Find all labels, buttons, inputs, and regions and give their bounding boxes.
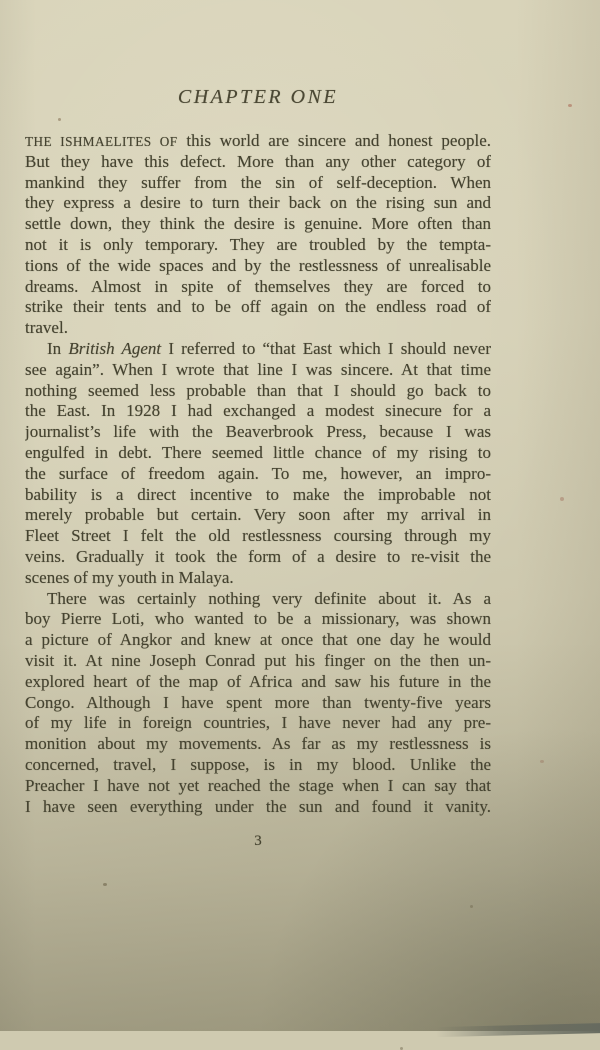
- page-number: 3: [25, 833, 491, 850]
- text-line: concerned, travel, I suppose, is in my b…: [25, 755, 491, 776]
- text-segment-normal: travel.: [25, 318, 68, 337]
- text-segment-normal: boy Pierre Loti, who wanted to be a miss…: [25, 609, 491, 628]
- text-line: not it is only temporary. They are troub…: [25, 235, 491, 256]
- text-line: a picture of Angkor and knew at once tha…: [25, 630, 491, 651]
- text-segment-normal: the surface of freedom again. To me, how…: [25, 464, 491, 483]
- text-line: Fleet Street I felt the old restlessness…: [25, 526, 491, 547]
- text-segment-normal: not it is only temporary. They are troub…: [25, 235, 491, 254]
- text-line: settle down, they think the desire is ge…: [25, 214, 491, 235]
- text-segment-normal: In: [47, 339, 68, 358]
- text-line: I have seen everything under the sun and…: [25, 797, 491, 818]
- text-line: Congo. Although I have spent more than t…: [25, 693, 491, 714]
- text-segment-normal: bability is a direct incentive to make t…: [25, 485, 491, 504]
- text-segment-normal: strike their tents and to be off again o…: [25, 297, 491, 316]
- text-segment-normal: tions of the wide spaces and by the rest…: [25, 256, 491, 275]
- text-segment-normal: the East. In 1928 I had exchanged a mode…: [25, 401, 491, 420]
- text-segment-normal: scenes of my youth in Malaya.: [25, 568, 234, 587]
- text-segment-normal: this world are sincere and honest people…: [178, 131, 491, 150]
- text-line: travel.: [25, 318, 491, 339]
- paper-speck: [568, 104, 572, 107]
- text-line: In British Agent I referred to “that Eas…: [25, 339, 491, 360]
- text-segment-normal: monition about my movements. As far as m…: [25, 734, 491, 753]
- text-line: Preacher I have not yet reached the stag…: [25, 776, 491, 797]
- paper-speck: [103, 883, 107, 886]
- paper-speck: [540, 760, 544, 763]
- text-segment-normal: of my life in foreign countries, I have …: [25, 713, 491, 732]
- text-line: they express a desire to turn their back…: [25, 193, 491, 214]
- text-line: of my life in foreign countries, I have …: [25, 713, 491, 734]
- text-line: There was certainly nothing very definit…: [25, 589, 491, 610]
- text-segment-normal: visit it. At nine Joseph Conrad put his …: [25, 651, 491, 670]
- text-block: THE ISHMAELITES OF this world are sincer…: [25, 131, 491, 817]
- text-segment-normal: dreams. Almost in spite of themselves th…: [25, 277, 491, 296]
- paper-speck: [560, 497, 564, 501]
- text-line: veins. Gradually it took the form of a d…: [25, 547, 491, 568]
- text-line: journalist’s life with the Beaverbrook P…: [25, 422, 491, 443]
- body-paragraph: In British Agent I referred to “that Eas…: [25, 339, 491, 589]
- chapter-heading: CHAPTER ONE: [25, 86, 491, 109]
- text-line: visit it. At nine Joseph Conrad put his …: [25, 651, 491, 672]
- text-segment-normal: veins. Gradually it took the form of a d…: [25, 547, 491, 566]
- text-line: strike their tents and to be off again o…: [25, 297, 491, 318]
- text-line: merely probable but certain. Very soon a…: [25, 505, 491, 526]
- text-segment-normal: they express a desire to turn their back…: [25, 193, 491, 212]
- paper-speck: [58, 118, 61, 121]
- text-segment-italic: British Agent: [68, 339, 161, 358]
- text-line: nothing seemed less probable than that I…: [25, 381, 491, 402]
- text-line: explored heart of the map of Africa and …: [25, 672, 491, 693]
- book-edge-shadow: [436, 1023, 600, 1031]
- text-segment-normal: settle down, they think the desire is ge…: [25, 214, 491, 233]
- body-paragraph: THE ISHMAELITES OF this world are sincer…: [25, 131, 491, 339]
- text-segment-normal: concerned, travel, I suppose, is in my b…: [25, 755, 491, 774]
- text-segment-normal: Congo. Although I have spent more than t…: [25, 693, 491, 712]
- text-line: engulfed in debt. There seemed little ch…: [25, 443, 491, 464]
- text-line: mankind they suffer from the sin of self…: [25, 173, 491, 194]
- text-segment-normal: merely probable but certain. Very soon a…: [25, 505, 491, 524]
- book-page-photo: CHAPTER ONE THE ISHMAELITES OF this worl…: [0, 0, 600, 1031]
- text-line: THE ISHMAELITES OF this world are sincer…: [25, 131, 491, 152]
- text-line: But they have this defect. More than any…: [25, 152, 491, 173]
- text-segment-normal: Preacher I have not yet reached the stag…: [25, 776, 491, 795]
- text-segment-normal: nothing seemed less probable than that I…: [25, 381, 491, 400]
- text-segment-normal: explored heart of the map of Africa and …: [25, 672, 491, 691]
- text-segment-normal: I referred to “that East which I should …: [161, 339, 491, 358]
- paper-speck: [470, 905, 473, 908]
- text-line: bability is a direct incentive to make t…: [25, 485, 491, 506]
- text-segment-normal: mankind they suffer from the sin of self…: [25, 173, 491, 192]
- text-line: the East. In 1928 I had exchanged a mode…: [25, 401, 491, 422]
- text-segment-normal: journalist’s life with the Beaverbrook P…: [25, 422, 491, 441]
- text-segment-normal: a picture of Angkor and knew at once tha…: [25, 630, 491, 649]
- text-line: monition about my movements. As far as m…: [25, 734, 491, 755]
- text-line: the surface of freedom again. To me, how…: [25, 464, 491, 485]
- text-line: tions of the wide spaces and by the rest…: [25, 256, 491, 277]
- text-line: scenes of my youth in Malaya.: [25, 568, 491, 589]
- text-line: dreams. Almost in spite of themselves th…: [25, 277, 491, 298]
- body-paragraph: There was certainly nothing very definit…: [25, 589, 491, 818]
- text-segment-normal: engulfed in debt. There seemed little ch…: [25, 443, 491, 462]
- text-segment-normal: Fleet Street I felt the old restlessness…: [25, 526, 491, 545]
- text-segment-normal: see again”. When I wrote that line I was…: [25, 360, 491, 379]
- text-line: see again”. When I wrote that line I was…: [25, 360, 491, 381]
- text-segment-normal: There was certainly nothing very definit…: [47, 589, 491, 608]
- text-segment-smallcaps: THE ISHMAELITES OF: [25, 134, 178, 149]
- text-segment-normal: But they have this defect. More than any…: [25, 152, 491, 171]
- text-line: boy Pierre Loti, who wanted to be a miss…: [25, 609, 491, 630]
- text-segment-normal: I have seen everything under the sun and…: [25, 797, 491, 816]
